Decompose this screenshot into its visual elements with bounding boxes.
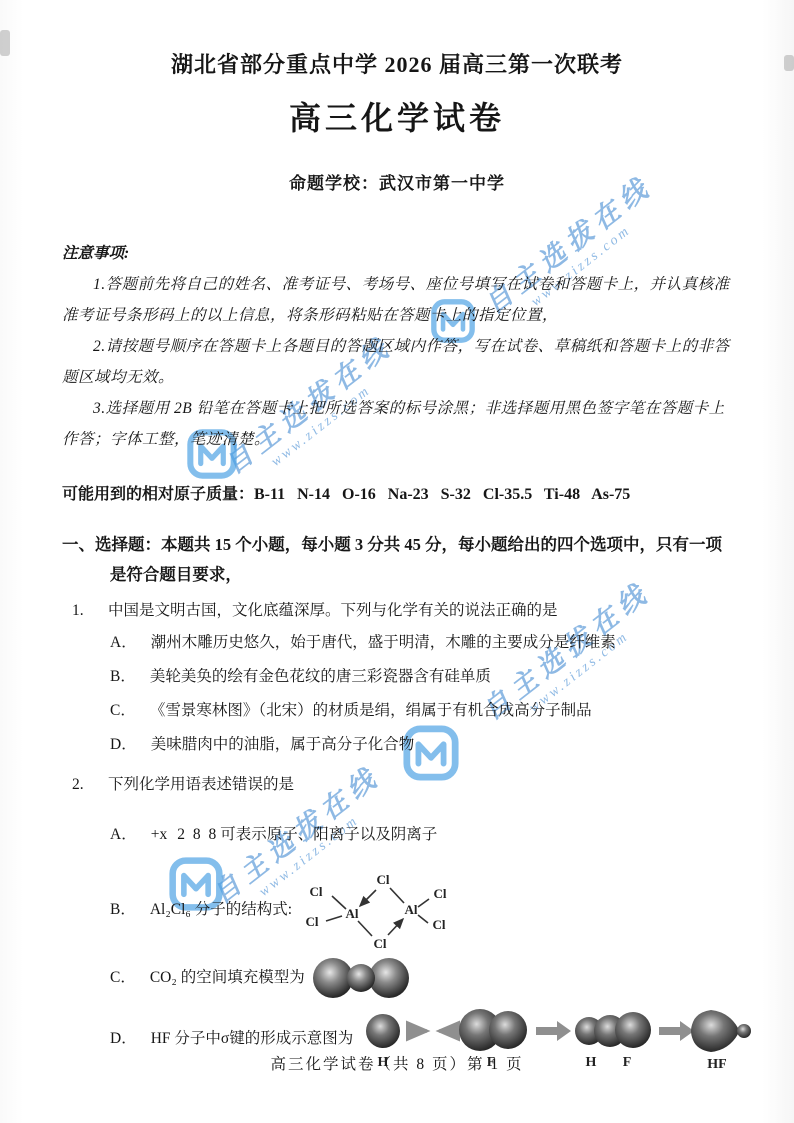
q2-option-a: A． +x 2 8 8 可表示原子、阳离子以及阴离子 (110, 818, 754, 852)
q1-option-c: C． 《雪景寒林图》（北宋）的材质是绢，绢属于有机合成高分子制品 (110, 694, 754, 728)
atomic-masses-line: 可能用到的相对原子质量：B-11 N-14 O-16 Na-23 S-32 Cl… (62, 481, 738, 504)
section-heading: 一、选择题：本题共 15 个小题，每小题 3 分共 45 分，每小题给出的四个选… (62, 530, 738, 590)
atom-label: Cl (374, 936, 387, 951)
formula-al2cl6: Al₂Cl₆ (150, 893, 191, 927)
option-label: B． (110, 893, 136, 927)
notice-item: 1.答题前先将自己的姓名、准考证号、考场号、座位号填写在试卷和答题卡上，并认真核… (62, 269, 738, 331)
scan-artifact (784, 55, 794, 71)
question-2: 2. 下列化学用语表述错误的是 (62, 770, 738, 800)
option-label: C． (110, 961, 136, 995)
exam-page: 自主选拔在线 www.zizzs.com 自主选拔在线 www.zizzs.co… (0, 0, 794, 1123)
option-text: 分子的结构式: (195, 893, 292, 927)
q1-option-d: D． 美味腊肉中的油脂，属于高分子化合物 (110, 728, 754, 762)
question-number: 1. (62, 596, 108, 626)
school-line: 命题学校：武汉市第一中学 (0, 169, 794, 194)
notice-section: 注意事项: 1.答题前先将自己的姓名、准考证号、考场号、座位号填写在试卷和答题卡… (62, 238, 738, 455)
question-stem: 中国是文明古国，文化底蕴深厚。下列与化学有关的说法正确的是 (108, 596, 558, 626)
option-label: D． (110, 728, 137, 762)
option-label: A． (110, 818, 137, 852)
q2-option-b: B． Al₂Cl₆ 分子的结构式: (110, 866, 754, 954)
option-label: A． (110, 626, 137, 660)
option-text: 《雪景寒林图》（北宋）的材质是绢，绢属于有机合成高分子制品 (150, 694, 592, 728)
option-text: 美轮美奂的绘有金色花纹的唐三彩瓷器含有硅单质 (150, 660, 491, 694)
atom-label: Cl (377, 872, 390, 887)
co2-space-filling-model (313, 958, 409, 998)
atom-structure-notation: +x (151, 818, 168, 852)
notice-item: 2.请按题号顺序在答题卡上各题目的答题区域内作答，写在试卷、草稿纸和答题卡上的非… (62, 331, 738, 393)
question-1: 1. 中国是文明古国，文化底蕴深厚。下列与化学有关的说法正确的是 (62, 596, 738, 626)
option-text: 美味腊肉中的油脂，属于高分子化合物 (151, 728, 415, 762)
electron-shells: 2 8 8 (177, 818, 218, 852)
page-footer: 高三化学试卷（共 8 页）第 1 页 (0, 1052, 794, 1074)
option-text: HF 分子中σ键的形成示意图为 (151, 1022, 354, 1056)
exam-header-line: 湖北省部分重点中学 2026 届高三第一次联考 (0, 48, 794, 79)
oxygen-sphere (369, 958, 409, 998)
q1-option-a: A． 潮州木雕历史悠久，始于唐代，盛于明清，木雕的主要成分是纤维素 (110, 626, 754, 660)
atom-label: Cl (306, 914, 319, 929)
option-text: 的空间填充模型为 (181, 961, 305, 995)
option-label: D． (110, 1022, 137, 1056)
option-text: 可表示原子、阳离子以及阴离子 (220, 818, 437, 852)
scan-artifact (0, 30, 10, 56)
atom-label: Cl (434, 886, 447, 901)
option-text: 潮州木雕历史悠久，始于唐代，盛于明清，木雕的主要成分是纤维素 (151, 626, 616, 660)
q2-option-c: C． CO₂ 的空间填充模型为 (110, 958, 754, 998)
atom-label: Al (346, 906, 359, 921)
page-title: 高三化学试卷 (0, 93, 794, 139)
option-label: C． (110, 694, 136, 728)
al2cl6-structure-diagram: Cl Cl Al Cl Cl Al Cl Cl (298, 866, 456, 954)
formula-co2: CO₂ (150, 961, 177, 995)
question-number: 2. (62, 770, 108, 800)
atom-label: Cl (310, 884, 323, 899)
carbon-sphere (347, 964, 375, 992)
q1-option-b: B． 美轮美奂的绘有金色花纹的唐三彩瓷器含有硅单质 (110, 660, 754, 694)
option-label: B． (110, 660, 136, 694)
atom-label: Cl (433, 917, 446, 932)
question-stem: 下列化学用语表述错误的是 (108, 770, 294, 800)
atom-label: Al (405, 902, 418, 917)
notice-heading: 注意事项: (62, 238, 738, 269)
notice-item: 3.选择题用 2B 铅笔在答题卡上把所选答案的标号涂黑；非选择题用黑色签字笔在答… (62, 393, 738, 455)
